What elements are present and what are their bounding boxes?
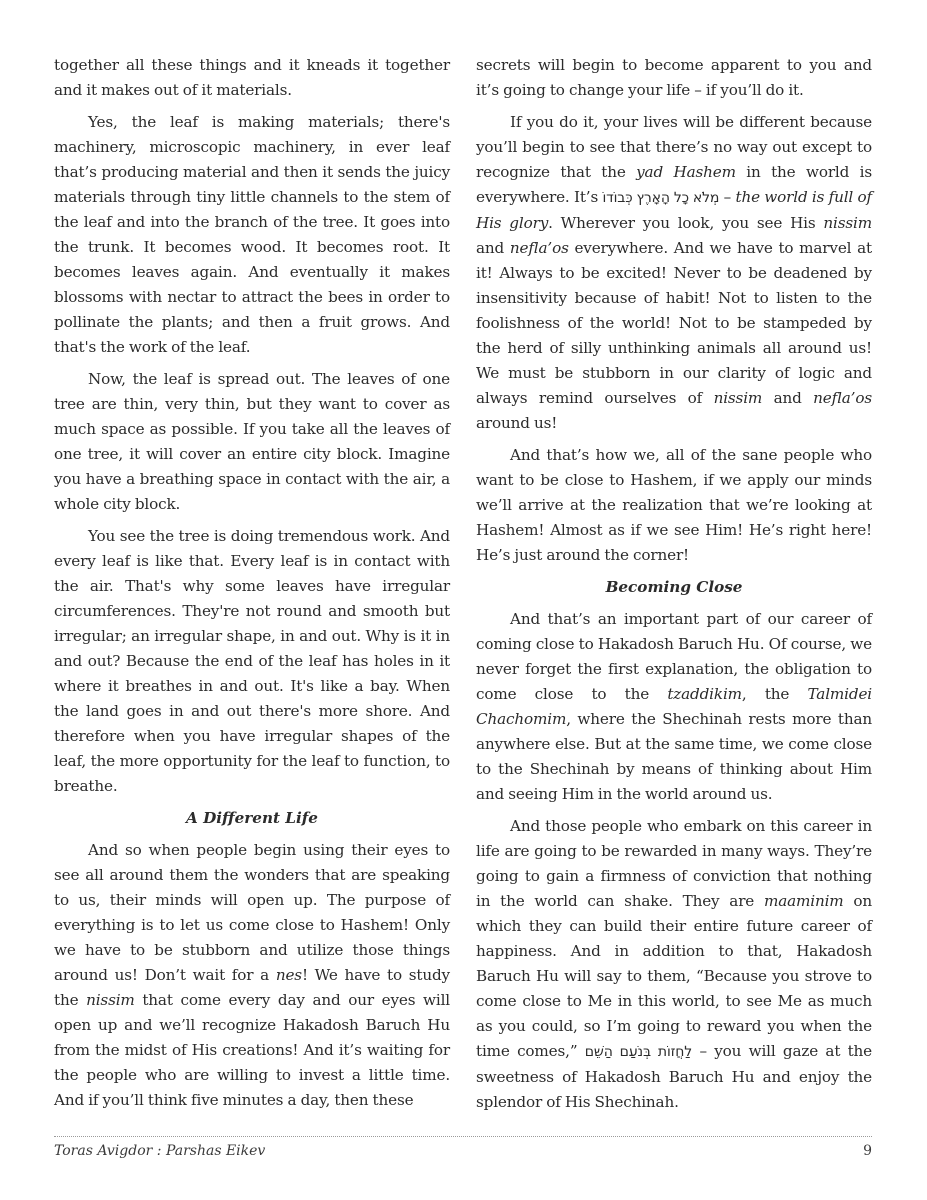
- paragraph: If you do it, your lives will be differe…: [476, 110, 872, 436]
- paragraph: And that’s an important part of our care…: [476, 607, 872, 807]
- running-footer-title: Toras Avigdor : Parshas Eikev: [54, 1141, 265, 1161]
- italic-term: nes: [276, 966, 302, 984]
- paragraph: And that’s how we, all of the sane peopl…: [476, 443, 872, 568]
- two-column-layout: together all these things and it kneads …: [54, 53, 872, 1122]
- paragraph: together all these things and it kneads …: [54, 53, 450, 103]
- section-heading: Becoming Close: [476, 575, 872, 600]
- paragraph: You see the tree is doing tremendous wor…: [54, 524, 450, 799]
- paragraph: Yes, the leaf is making materials; there…: [54, 110, 450, 360]
- hebrew-quote: לַחֲזוֹת בְּנֹעַם הַשֵּׁם: [585, 1044, 692, 1060]
- text-run: and: [762, 389, 813, 407]
- text-run: And so when people begin using their eye…: [54, 841, 450, 984]
- paragraph: Now, the leaf is spread out. The leaves …: [54, 367, 450, 517]
- italic-term: maaminim: [764, 892, 844, 910]
- paragraph: And those people who embark on this care…: [476, 814, 872, 1115]
- hebrew-quote: מְלֹא כָל הָאָרֶץ כְּבוֹדוֹ: [602, 190, 719, 206]
- text-run: –: [719, 188, 735, 206]
- italic-term: nissim: [86, 991, 135, 1009]
- page-footer: Toras Avigdor : Parshas Eikev 9: [54, 1141, 872, 1161]
- italic-term: nefla’os: [510, 239, 569, 257]
- section-heading: A Different Life: [54, 806, 450, 831]
- left-column: together all these things and it kneads …: [54, 53, 450, 1122]
- paragraph: secrets will begin to become apparent to…: [476, 53, 872, 103]
- page-number: 9: [863, 1141, 872, 1161]
- italic-term: nefla’os: [813, 389, 872, 407]
- text-run: . Wherever you look, you see His: [548, 214, 823, 232]
- paragraph: And so when people begin using their eye…: [54, 838, 450, 1113]
- text-run: and: [476, 239, 510, 257]
- italic-term: tzaddikim: [667, 685, 742, 703]
- text-run: , the: [742, 685, 808, 703]
- italic-term: nissim: [714, 389, 763, 407]
- footer-divider: [54, 1136, 872, 1137]
- italic-term: nissim: [823, 214, 872, 232]
- page-body: together all these things and it kneads …: [54, 53, 872, 1122]
- text-run: everywhere. And we have to marvel at it!…: [476, 239, 872, 407]
- text-run: around us!: [476, 414, 557, 432]
- italic-term: yad Hashem: [636, 163, 736, 181]
- right-column: secrets will begin to become apparent to…: [476, 53, 872, 1122]
- text-run: on which they can build their entire fut…: [476, 892, 872, 1060]
